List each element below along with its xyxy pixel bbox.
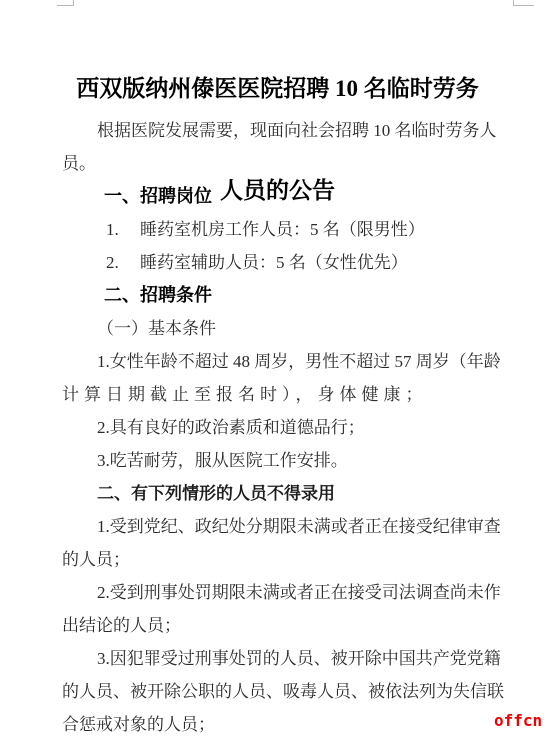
text-line: 出结论的人员； xyxy=(62,609,520,642)
list-item-number: 1. xyxy=(106,213,140,246)
text-line: 3.因犯罪受过刑事处罚的人员、被开除中国共产党党籍 xyxy=(62,642,520,675)
list-item-text: 睡药室辅助人员：5 名（女性优先） xyxy=(140,253,408,272)
text-line: 根据医院发展需要，现面向社会招聘 10 名临时劳务人 xyxy=(62,114,520,147)
document-title-line-1: 西双版纳州傣医医院招聘 10 名临时劳务 xyxy=(0,72,555,106)
text-line: 2.具有良好的政治素质和道德品行； xyxy=(62,411,520,444)
text-line: 员。 xyxy=(62,147,520,180)
document-body: 根据医院发展需要，现面向社会招聘 10 名临时劳务人员。一、招聘岗位1.睡药室机… xyxy=(62,114,520,741)
text-line: 计算日期截止至报名时），身体健康； xyxy=(62,378,520,411)
announcement-page: { "page": { "background_color": "#ffffff… xyxy=(0,0,555,742)
section-heading: 二、招聘条件 xyxy=(62,279,520,312)
text-line: 3.吃苦耐劳，服从医院工作安排。 xyxy=(62,444,520,477)
text-line: 的人员； xyxy=(62,543,520,576)
list-item-number: 2. xyxy=(106,246,140,279)
text-line: 2.睡药室辅助人员：5 名（女性优先） xyxy=(62,246,520,279)
text-line: 1.受到党纪、政纪处分期限未满或者正在接受纪律审查 xyxy=(62,510,520,543)
text-line: 的人员、被开除公职的人员、吸毒人员、被依法列为失信联 xyxy=(62,675,520,708)
text-line: （一）基本条件 xyxy=(62,312,520,345)
text-line: 1.女性年龄不超过 48 周岁，男性不超过 57 周岁（年龄 xyxy=(62,345,520,378)
offcn-watermark: offcn xyxy=(494,711,542,730)
section-heading: 一、招聘岗位 xyxy=(62,180,520,213)
list-item-text: 睡药室机房工作人员：5 名（限男性） xyxy=(140,220,425,239)
text-line: 合惩戒对象的人员； xyxy=(62,708,520,741)
text-line: 2.受到刑事处罚期限未满或者正在接受司法调查尚未作 xyxy=(62,576,520,609)
section-heading: 二、有下列情形的人员不得录用 xyxy=(62,477,520,510)
text-line: 1.睡药室机房工作人员：5 名（限男性） xyxy=(62,213,520,246)
